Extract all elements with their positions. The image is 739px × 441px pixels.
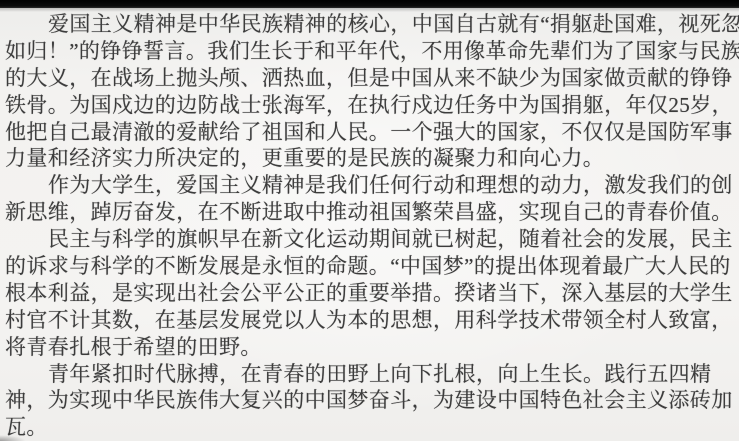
essay-text-block: 爱国主义精神是中华民族精神的核心，中国自古就有“捐躯赴国难，视死忽如归！”的铮铮… [5, 11, 737, 441]
scan-corner-smudge [0, 435, 26, 441]
text-line: 村官不计其数，在基层发展党以人为本的思想，用科学技术带领全村人致富， [5, 307, 737, 334]
document-page: 爱国主义精神是中华民族精神的核心，中国自古就有“捐躯赴国难，视死忽如归！”的铮铮… [0, 0, 739, 441]
text-line: 将青春扎根于希望的田野。 [5, 334, 737, 361]
scan-edge-black-bar [0, 0, 739, 8]
text-line: 爱国主义精神是中华民族精神的核心，中国自古就有“捐躯赴国难，视死忽 [5, 11, 737, 38]
text-line: 的诉求与科学的不断发展是永恒的命题。“中国梦”的提出体现着最广大人民的 [5, 253, 737, 280]
text-line: 铁骨。为国戍边的边防战士张海军，在执行戍边任务中为国捐躯，年仅25岁， [5, 92, 737, 119]
text-line: 他把自己最清澈的爱献给了祖国和人民。一个强大的国家，不仅仅是国防军事 [5, 119, 737, 146]
text-line: 新思维，踔厉奋发，在不断进取中推动祖国繁荣昌盛，实现自己的青春价值。 [5, 199, 737, 226]
text-line: 神，为实现中华民族伟大复兴的中国梦奋斗，为建设中国特色社会主义添砖加 [5, 387, 737, 414]
text-line: 力量和经济实力所决定的，更重要的是民族的凝聚力和向心力。 [5, 145, 737, 172]
text-line: 如归！”的铮铮誓言。我们生长于和平年代，不用像革命先辈们为了国家与民族 [5, 38, 737, 65]
text-line: 青年紧扣时代脉搏，在青春的田野上向下扎根，向上生长。践行五四精 [5, 361, 737, 388]
text-line: 民主与科学的旗帜早在新文化运动期间就已树起，随着社会的发展，民主 [5, 226, 737, 253]
text-line: 瓦。 [5, 414, 737, 441]
text-line: 根本利益，是实现出社会公平公正的重要举措。揆诸当下，深入基层的大学生 [5, 280, 737, 307]
text-line: 作为大学生，爱国主义精神是我们任何行动和理想的动力，激发我们的创 [5, 172, 737, 199]
text-line: 的大义，在战场上抛头颅、洒热血，但是中国从来不缺少为国家做贡献的铮铮 [5, 65, 737, 92]
